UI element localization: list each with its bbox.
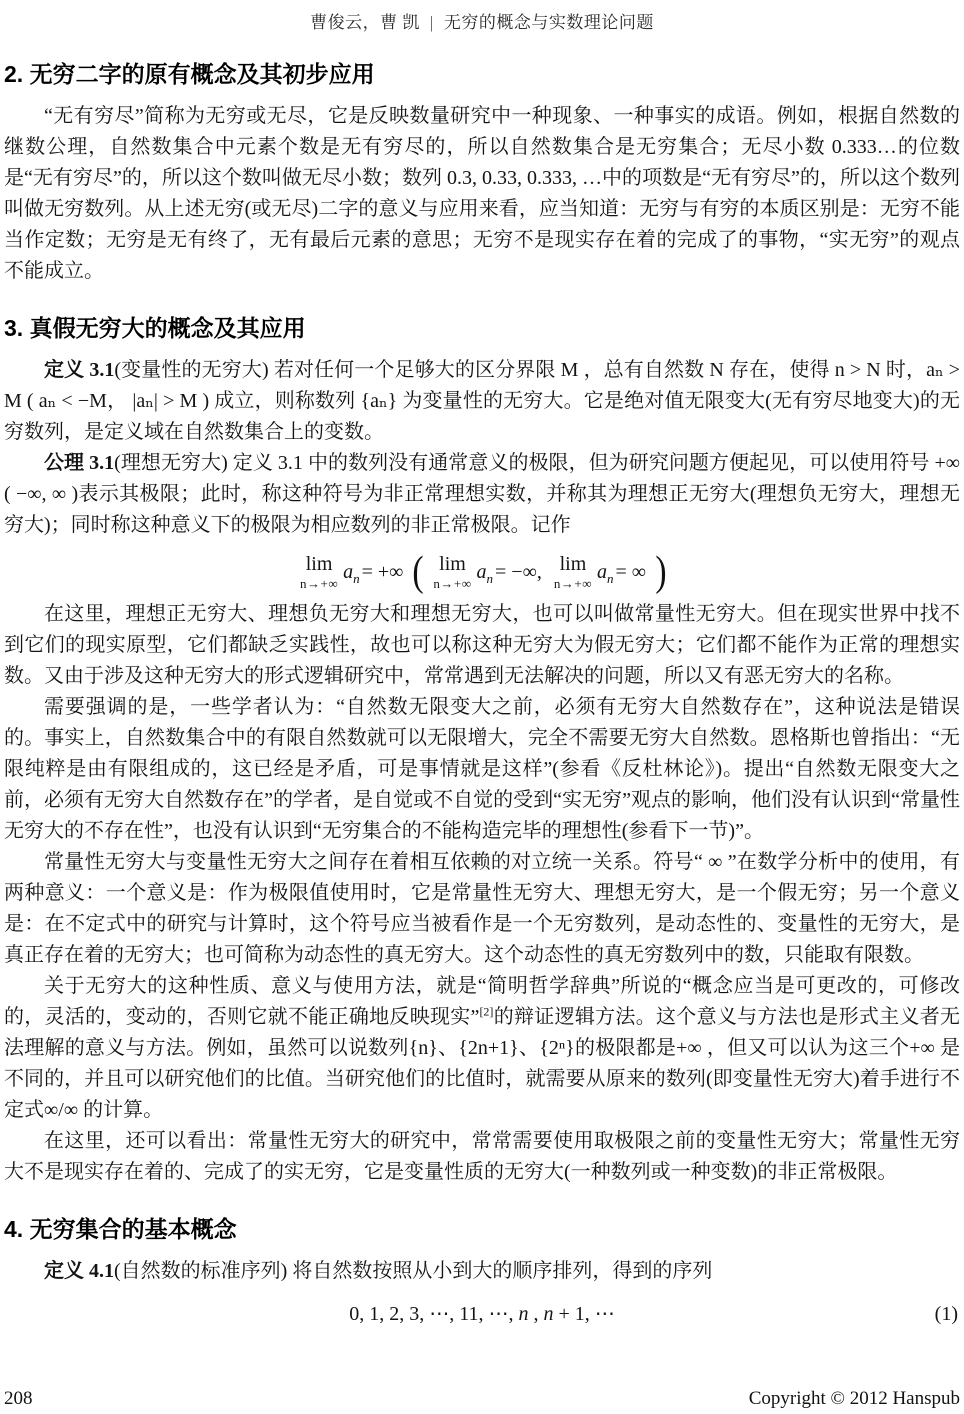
- definition-4-1-qualifier: (自然数的标准序列): [114, 1260, 287, 1282]
- definition-4-1-text: 将自然数按照从小到大的顺序排列，得到的序列: [292, 1260, 712, 1282]
- definition-4-1-paragraph: 定义 4.1(自然数的标准序列) 将自然数按照从小到大的顺序排列，得到的序列: [4, 1256, 960, 1287]
- axiom-3-1-qualifier: (理想无穷大): [114, 452, 228, 474]
- header-article-title: 无穷的概念与实数理论问题: [444, 13, 654, 32]
- limit-expression-3: an= ∞: [597, 561, 646, 584]
- limit-formula: lim n→+∞ an= +∞ ( lim n→+∞ an= −∞, lim n…: [4, 551, 960, 593]
- header-authors: 曹俊云，曹 凯: [310, 13, 420, 32]
- paragraph-symbol-meanings: 常量性无穷大与变量性无穷大之间存在着相互依赖的对立统一关系。符号“ ∞ ”在数学…: [4, 847, 960, 971]
- page-footer: 208 Copyright © 2012 Hanspub: [4, 1388, 960, 1410]
- paragraph-ideal-infinity: 在这里，理想正无穷大、理想负无穷大和理想无穷大，也可以叫做常量性无穷大。但在现实…: [4, 599, 960, 692]
- citation-2: [2]: [479, 1004, 493, 1018]
- header-separator: |: [430, 13, 434, 32]
- section-2-heading: 2. 无穷二字的原有概念及其初步应用: [4, 59, 960, 89]
- paragraph-dialectic-method: 关于无穷大的这种性质、意义与使用方法，就是“简明哲学辞典”所说的“概念应当是可更…: [4, 971, 960, 1126]
- paper-page: 曹俊云，曹 凯|无穷的概念与实数理论问题 2. 无穷二字的原有概念及其初步应用 …: [0, 0, 964, 1414]
- axiom-3-1-label: 公理 3.1: [44, 452, 114, 474]
- close-paren: ): [655, 551, 666, 593]
- limit-expression-2: an= −∞,: [477, 561, 542, 584]
- page-number: 208: [4, 1388, 33, 1410]
- running-header: 曹俊云，曹 凯|无穷的概念与实数理论问题: [4, 6, 960, 33]
- copyright-notice: Copyright © 2012 Hanspub: [749, 1388, 960, 1410]
- limit-expression-1: an= +∞: [343, 561, 403, 584]
- paragraph-emphasis: 需要强调的是，一些学者认为：“自然数无限变大之前，必须有无穷大自然数存在”，这种…: [4, 692, 960, 847]
- section-4-heading: 4. 无穷集合的基本概念: [4, 1214, 960, 1244]
- axiom-3-1-paragraph: 公理 3.1(理想无穷大) 定义 3.1 中的数列没有通常意义的极限，但为研究问…: [4, 448, 960, 541]
- sequence-formula: 0, 1, 2, 3, ⋯, 11, ⋯, n , n + 1, ⋯ (1): [4, 1299, 960, 1329]
- limit-operator-1: lim n→+∞: [300, 554, 338, 590]
- limit-operator-3: lim n→+∞: [554, 554, 592, 590]
- open-paren: (: [413, 551, 424, 593]
- limit-group-2: lim n→+∞ an= −∞,: [433, 554, 541, 590]
- definition-3-1-paragraph: 定义 3.1(变量性的无穷大) 若对任何一个足够大的区分界限 M ，总有自然数 …: [4, 355, 960, 448]
- definition-4-1-label: 定义 4.1: [44, 1260, 114, 1282]
- limit-operator-2: lim n→+∞: [433, 554, 471, 590]
- equation-number: (1): [935, 1299, 958, 1329]
- sequence-expression: 0, 1, 2, 3, ⋯, 11, ⋯, n , n + 1, ⋯: [349, 1303, 615, 1325]
- definition-3-1-qualifier: (变量性的无穷大): [114, 359, 268, 381]
- section-3-heading: 3. 真假无穷大的概念及其应用: [4, 313, 960, 343]
- section-2-paragraph: “无有穷尽”简称为无穷或无尽，它是反映数量研究中一种现象、一种事实的成语。例如，…: [4, 101, 960, 287]
- definition-3-1-label: 定义 3.1: [44, 359, 114, 381]
- limit-group-3: lim n→+∞ an= ∞: [554, 554, 646, 590]
- limit-group-1: lim n→+∞ an= +∞: [300, 554, 403, 590]
- paragraph-conclusion: 在这里，还可以看出：常量性无穷大的研究中，常常需要使用取极限之前的变量性无穷大；…: [4, 1126, 960, 1188]
